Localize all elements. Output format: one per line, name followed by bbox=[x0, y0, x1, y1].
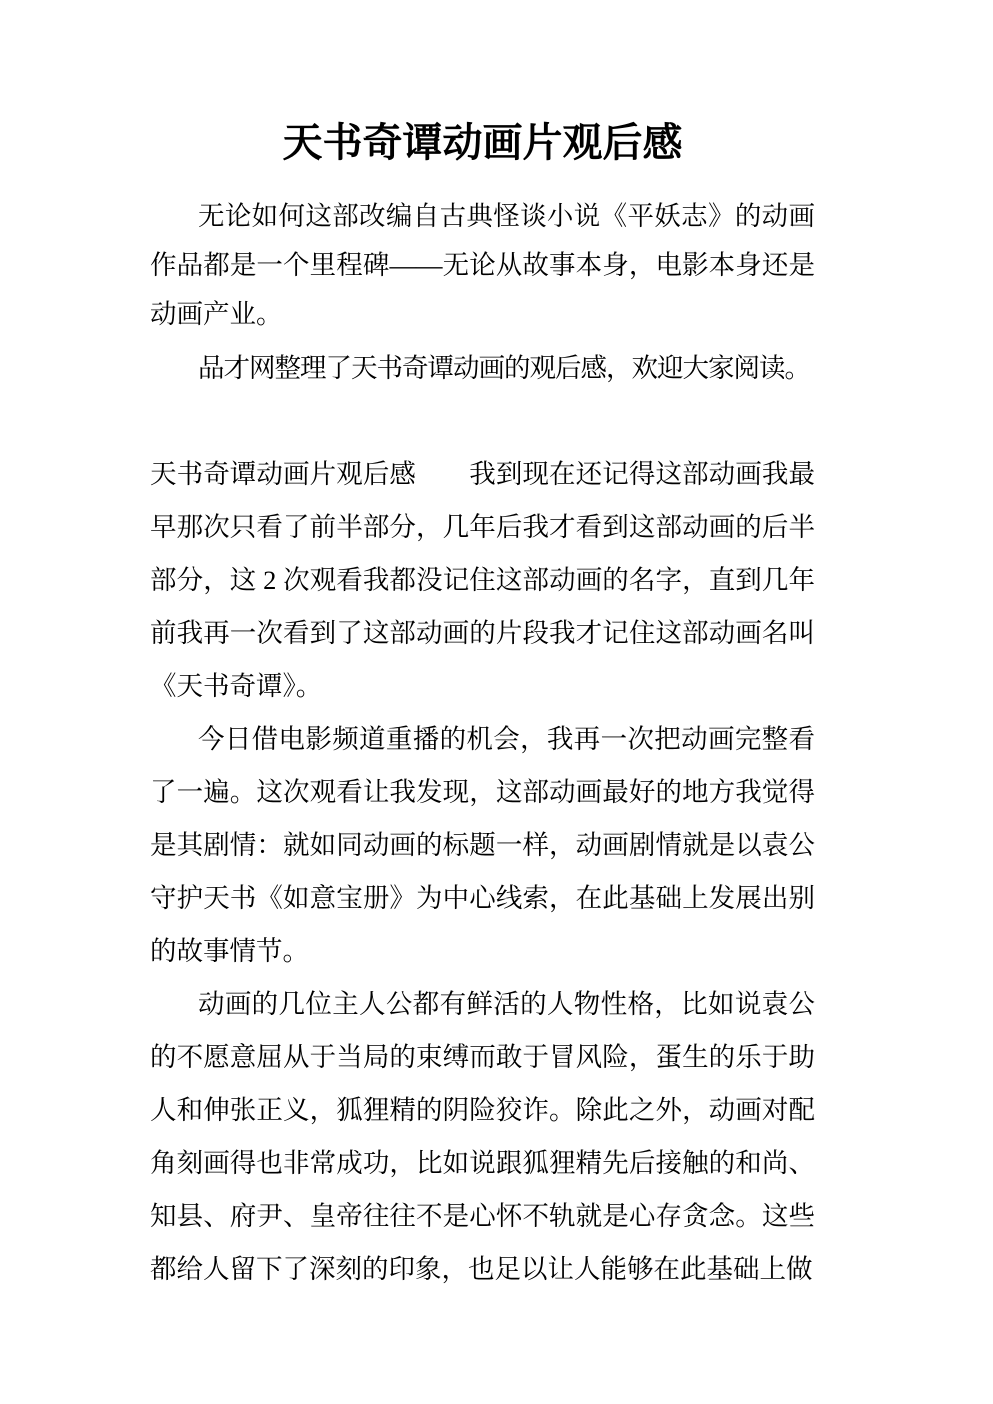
paragraph-first-viewing: 天书奇谭动画片观后感 我到现在还记得这部动画我最早那次只看了前半部分，几年后我才… bbox=[150, 448, 815, 713]
document-page: 天书奇谭动画片观后感 无论如何这部改编自古典怪谈小说《平妖志》的动画作品都是一个… bbox=[0, 0, 993, 1404]
paragraph-milestone: 无论如何这部改编自古典怪谈小说《平妖志》的动画作品都是一个里程碑——无论从故事本… bbox=[150, 192, 815, 339]
document-content: 天书奇谭动画片观后感 无论如何这部改编自古典怪谈小说《平妖志》的动画作品都是一个… bbox=[150, 0, 815, 1296]
paragraph-characters: 动画的几位主人公都有鲜活的人物性格，比如说袁公的不愿意屈从于当局的束缚而敢于冒风… bbox=[150, 978, 815, 1296]
paragraph-rewatch-plot: 今日借电影频道重播的机会，我再一次把动画完整看了一遍。这次观看让我发现，这部动画… bbox=[150, 713, 815, 978]
paragraph-source-note: 品才网整理了天书奇谭动画的观后感，欢迎大家阅读。 bbox=[150, 342, 815, 395]
paragraph-blank-spacer bbox=[150, 395, 815, 448]
document-title: 天书奇谭动画片观后感 bbox=[150, 0, 815, 167]
